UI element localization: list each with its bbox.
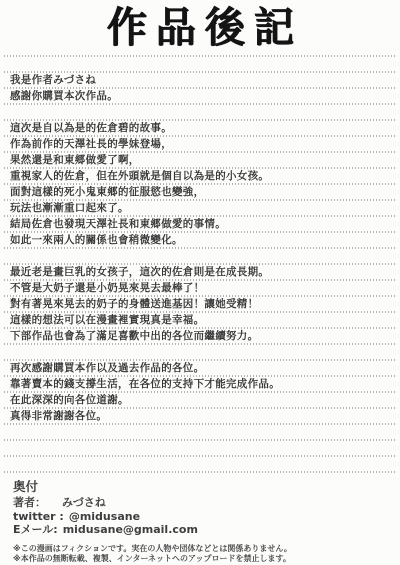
disclaimer-note-fiction: ※この漫画はフィクションです。実在の人物や団体などとは関係ありません。 [13, 544, 392, 555]
page-title: 作品後記 [0, 1, 400, 55]
ruled-line: 如此一來兩人的關係也會稍微變化。 [0, 233, 400, 249]
ruled-line: 下部作品也會為了滿足喜歡中出的各位而繼續努力。 [0, 329, 400, 345]
ruled-line: 我是作者みづさね [0, 73, 400, 89]
body-text-line: 感謝你購買本次作品。 [10, 88, 118, 103]
ruled-line: 結局佐倉也發現天澤社長和東郷做愛的事情。 [0, 217, 400, 233]
ruled-line: 作為前作的天澤社長的學妹登場， [0, 137, 400, 153]
author-label: 著者： [13, 496, 46, 509]
ruled-line: 這次是自以為是的佐倉碧的故事。 [0, 121, 400, 137]
ruled-body: 我是作者みづさね感謝你購買本次作品。這次是自以為是的佐倉碧的故事。作為前作的天澤… [0, 57, 400, 473]
body-text-line: 我是作者みづさね [10, 72, 96, 87]
body-text-line: 在此深深的向各位道謝。 [10, 392, 129, 407]
body-text-line: 這樣的想法可以在漫畫裡實現真是幸福。 [10, 312, 204, 327]
ruled-line: 玩法也漸漸重口起來了。 [0, 201, 400, 217]
body-text-line: 靠著賣本的錢支撐生活，在各位的支持下才能完成作品。 [10, 376, 280, 391]
email-line: Eメール:midusane@gmail.com [13, 523, 392, 537]
ruled-line: 對有著晃來晃去的奶子的身體送進基因！讓她受精！ [0, 297, 400, 313]
body-text-line: 如此一來兩人的關係也會稍微變化。 [10, 232, 183, 247]
colophon-heading: 奥付 [13, 479, 392, 494]
ruled-line [0, 105, 400, 121]
ruled-line: 真得非常謝謝各位。 [0, 409, 400, 425]
ruled-line: 靠著賣本的錢支撐生活，在各位的支持下才能完成作品。 [0, 377, 400, 393]
ruled-line: 果然還是和東郷做愛了啊， [0, 153, 400, 169]
twitter-label: twitter : [13, 510, 64, 523]
body-text-line: 最近老是畫巨乳的女孩子，這次的佐倉則是在成長期。 [10, 264, 269, 279]
ruled-line: 重視家人的佐倉，但在外頭就是個自以為是的小女孩。 [0, 169, 400, 185]
body-text-line: 重視家人的佐倉，但在外頭就是個自以為是的小女孩。 [10, 168, 269, 183]
ruled-line [0, 57, 400, 73]
body-text-line: 對有著晃來晃去的奶子的身體送進基因！讓她受精！ [10, 296, 258, 311]
ruled-line: 感謝你購買本次作品。 [0, 89, 400, 105]
ruled-line: 面對這樣的死小鬼東郷的征服慾也變強， [0, 185, 400, 201]
colophon: 奥付 著者：みづさね twitter :@midusane Eメール:midus… [13, 479, 392, 565]
body-text-line: 下部作品也會為了滿足喜歡中出的各位而繼續努力。 [10, 328, 258, 343]
afterword-page: 作品後記 我是作者みづさね感謝你購買本次作品。這次是自以為是的佐倉碧的故事。作為… [0, 0, 400, 565]
ruled-line: 再次感謝購買本作以及過去作品的各位。 [0, 361, 400, 377]
body-text-line: 玩法也漸漸重口起來了。 [10, 200, 129, 215]
body-text-line: 結局佐倉也發現天澤社長和東郷做愛的事情。 [10, 216, 226, 231]
author-name: みづさね [62, 496, 106, 509]
email-label: Eメール: [13, 523, 58, 536]
body-text-line: 不管是大奶子還是小奶晃來晃去最棒了！ [10, 280, 204, 295]
body-text-line: 果然還是和東郷做愛了啊， [10, 152, 140, 167]
ruled-line [0, 441, 400, 457]
twitter-line: twitter :@midusane [13, 510, 392, 524]
ruled-line: 這樣的想法可以在漫畫裡實現真是幸福。 [0, 313, 400, 329]
ruled-line [0, 249, 400, 265]
body-text-line: 這次是自以為是的佐倉碧的故事。 [10, 120, 172, 135]
body-text-line: 面對這樣的死小鬼東郷的征服慾也變強， [10, 184, 204, 199]
author-line: 著者：みづさね [13, 496, 392, 510]
ruled-line: 最近老是畫巨乳的女孩子，這次的佐倉則是在成長期。 [0, 265, 400, 281]
body-text-line: 再次感謝購買本作以及過去作品的各位。 [10, 360, 204, 375]
body-text-line: 作為前作的天澤社長的學妹登場， [10, 136, 172, 151]
twitter-handle: @midusane [69, 510, 140, 523]
body-text-line: 真得非常謝謝各位。 [10, 408, 107, 423]
disclaimer-notes: ※この漫画はフィクションです。実在の人物や団体などとは関係ありません。 ※本作品… [13, 544, 392, 565]
ruled-line [0, 425, 400, 441]
ruled-line [0, 457, 400, 473]
email-address: midusane@gmail.com [63, 523, 198, 536]
ruled-line: 在此深深的向各位道謝。 [0, 393, 400, 409]
ruled-line [0, 345, 400, 361]
ruled-line: 不管是大奶子還是小奶晃來晃去最棒了！ [0, 281, 400, 297]
disclaimer-note-no-repost: ※本作品の無断転載、複製、インターネットへのアップロードを禁止します。 [13, 554, 392, 565]
